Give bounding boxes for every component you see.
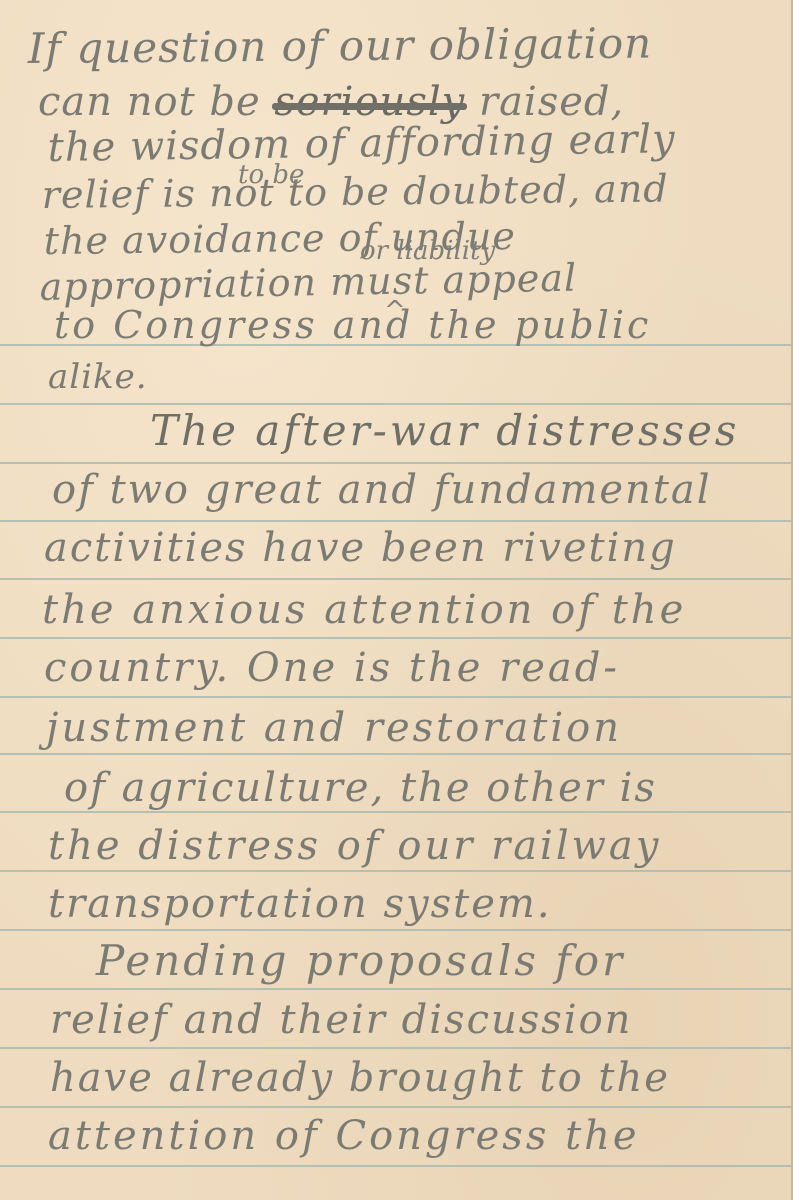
manuscript-line: of two great and fundamental bbox=[52, 470, 712, 510]
ruled-line bbox=[0, 578, 793, 580]
ruled-line bbox=[0, 1106, 793, 1108]
ruled-line bbox=[0, 403, 793, 405]
manuscript-line: justment and restoration bbox=[46, 708, 622, 748]
manuscript-line: Pending proposals for bbox=[96, 940, 625, 982]
manuscript-line: of agriculture, the other is bbox=[64, 768, 657, 808]
ruled-line bbox=[0, 870, 793, 872]
ruled-line bbox=[0, 753, 793, 755]
ruled-line bbox=[0, 696, 793, 698]
manuscript-line: If question of our obligation bbox=[28, 23, 653, 70]
struck-word: seriously bbox=[274, 79, 465, 125]
ruled-line bbox=[0, 988, 793, 990]
manuscript-page: If question of our obligation can not be… bbox=[0, 0, 793, 1200]
manuscript-line: the wisdom of affording early bbox=[47, 119, 675, 168]
interlinear-insertion: to be bbox=[238, 162, 304, 188]
manuscript-line: to Congress and the public bbox=[54, 306, 651, 344]
ruled-line bbox=[0, 520, 793, 522]
ruled-line bbox=[0, 811, 793, 813]
ruled-line bbox=[0, 637, 793, 639]
ruled-line bbox=[0, 1047, 793, 1049]
line-text: can not be bbox=[38, 79, 274, 125]
manuscript-line: attention of Congress the bbox=[48, 1116, 640, 1156]
manuscript-line: the distress of our railway bbox=[48, 826, 661, 866]
manuscript-line: activities have been riveting bbox=[44, 528, 677, 568]
manuscript-line: relief is not to be doubted, and bbox=[42, 169, 669, 214]
manuscript-line: country. One is the read- bbox=[44, 648, 620, 688]
manuscript-line: relief and their discussion bbox=[50, 1000, 632, 1040]
manuscript-line: The after-war distresses bbox=[150, 410, 739, 452]
manuscript-line: appropriation must appeal bbox=[39, 259, 577, 306]
manuscript-line: transportation system. bbox=[48, 884, 552, 924]
manuscript-line: alike. bbox=[48, 360, 148, 394]
manuscript-line: have already brought to the bbox=[50, 1058, 670, 1098]
manuscript-line: the anxious attention of the bbox=[42, 590, 686, 630]
manuscript-line: can not be seriously raised, bbox=[38, 82, 624, 122]
ruled-line bbox=[0, 929, 793, 931]
ruled-line bbox=[0, 462, 793, 464]
ruled-line bbox=[0, 1165, 793, 1167]
